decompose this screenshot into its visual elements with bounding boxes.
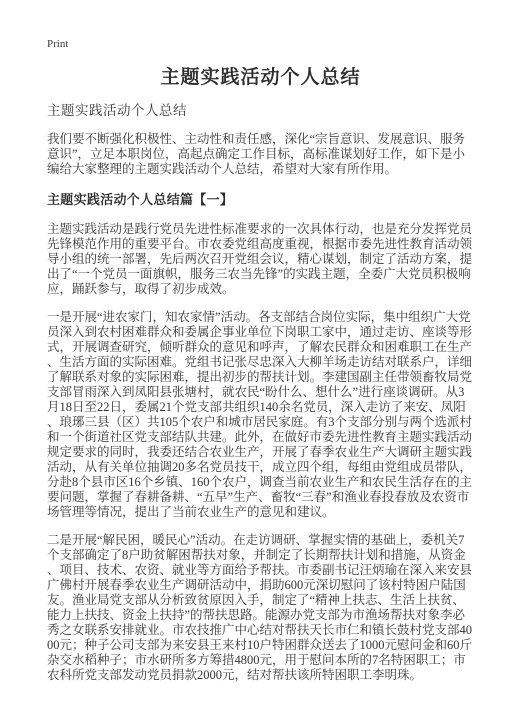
document-subtitle: 主题实践活动个人总结 bbox=[47, 103, 474, 119]
body-paragraph-activity-two: 二是开展“解民困，暖民心”活动。在走访调研、掌握实情的基础上，委机关7个支部确定… bbox=[47, 533, 474, 683]
body-paragraph-overview: 主题实践活动是践行党员先进性标准要求的一次具体行动，也是充分发挥党员先锋模范作用… bbox=[47, 222, 474, 297]
document-page: Print 主题实践活动个人总结 主题实践活动个人总结 我们要不断强化积极性、主… bbox=[0, 0, 520, 718]
print-link[interactable]: Print bbox=[47, 38, 68, 51]
section-heading-part-one: 主题实践活动个人总结篇【一】 bbox=[47, 192, 474, 208]
body-paragraph-activity-one: 一是开展“进农家门，知农家情”活动。各支部结合岗位实际，集中组织广大党员深入到农… bbox=[47, 310, 474, 520]
intro-paragraph: 我们要不断强化积极性、主动性和责任感，深化“宗旨意识、发展意识、服务意识”，立足… bbox=[47, 132, 474, 177]
page-title: 主题实践活动个人总结 bbox=[47, 66, 474, 90]
